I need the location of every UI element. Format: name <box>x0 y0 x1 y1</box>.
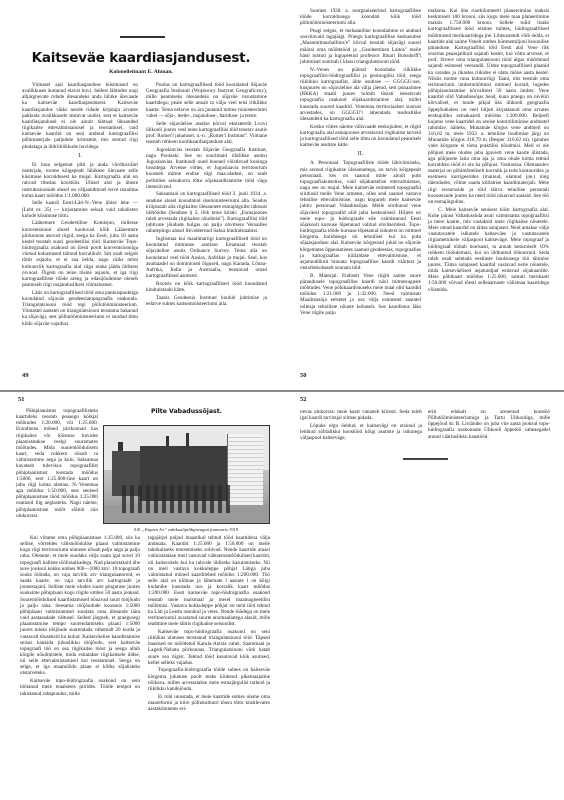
paragraph: tagajärjel paljud maastikul tehtud tööd … <box>148 535 270 627</box>
armored-train-photo <box>103 425 270 524</box>
article-end-rule <box>403 458 448 460</box>
author-byline: Kolonelleitnant E. Ahman. <box>0 69 282 75</box>
page-51-left-column: Kui võtame oma põhiplaanistuse 1:25.000,… <box>20 535 140 698</box>
paragraph: Rootsis on kõik kartograafilised tööd ko… <box>146 281 267 293</box>
paragraph: nevas olukorras: meie kaart vananeb kiir… <box>300 409 422 421</box>
page-49-right-column: Poolas on kartograafilised tööd koondatu… <box>146 82 267 309</box>
paragraph: Lätis on kartograafilised tööd oma panku… <box>22 290 138 327</box>
boxcar-shape <box>227 434 263 512</box>
paragraph: Soomes 1928. a. reorganiseeritud kartogr… <box>300 8 421 26</box>
paragraph: maksma. Kui ühe ruutkilomeetri planeerim… <box>428 8 549 205</box>
paragraph: Kaitseväe topo-hüdrograafia osakond on s… <box>148 629 270 666</box>
paragraph: Selle kaardi Eesti-Läti-N.-Vene ühise le… <box>22 200 138 218</box>
section-heading-II: II. <box>300 151 421 157</box>
paragraph: Põhiplaanistus topograafilisteks kaartid… <box>16 408 98 519</box>
paragraph: Kokku võttes näeme välisvaade eeskujudes… <box>300 124 421 149</box>
page-number: 52 <box>300 396 307 403</box>
paragraph: B. Materjal. Endiselt Vene riigilt saime… <box>300 273 421 316</box>
page-52-right-column: eriti edukalt on arenenud koostöö Põllut… <box>428 409 550 441</box>
page-number: 51 <box>18 396 25 403</box>
paragraph: Saksamaal on kartograafilised tööd 3. ju… <box>146 191 267 234</box>
paragraph: Topograafia-hüdrograafia tööde suhtes on… <box>148 667 270 692</box>
page-49-left-column: Viimasel ajal kaardiasjanduse küsimused … <box>22 82 138 328</box>
paragraph: C. Meie kaitseväe senisest tööst kartogr… <box>428 207 549 293</box>
page-50-left-column: Soomes 1928. a. reorganiseeritud kartogr… <box>300 8 421 317</box>
paragraph: Selle sõjaväelise asutise kõrval eksiste… <box>146 121 267 146</box>
page-51-narrow-column: Põhiplaanistus topograafilisteks kaartid… <box>16 408 98 520</box>
paragraph: Kui võtame oma põhiplaanistuse 1:25.000,… <box>20 535 140 677</box>
paragraph: Et lnua selgemat pilti ja anda võrdlusvä… <box>22 162 138 199</box>
paragraph: Poolas on kartograafilised tööd koondatu… <box>146 82 267 119</box>
photo-caption: S.R. „Kapten Irv" vahikuulipildujavagun … <box>103 527 270 532</box>
paragraph: Läänemere Geodeetiline Komisjon, milless… <box>22 220 138 288</box>
paragraph: N.-Venes on püütud koondada riiklikke to… <box>300 67 421 122</box>
soldiers-group-shape <box>122 485 232 513</box>
page-number: 49 <box>22 372 29 379</box>
header-rule <box>120 36 165 38</box>
paragraph: Ei tohi unustada, et meie kaartide suhte… <box>148 694 270 712</box>
page-50-right-column: maksma. Kui ühe ruutkilomeetri planeerim… <box>428 8 549 294</box>
article-title: Kaitseväe kaardiasjandusest. <box>0 50 282 66</box>
page-52: 52 nevas olukorras: meie kaart vananeb k… <box>282 392 564 800</box>
section-heading-I: I. <box>22 153 138 159</box>
paragraph: Inglismaa kui maailmariigi kartograafili… <box>146 236 267 279</box>
page-49: Kaitseväe kaardiasjandusest. Kolonelleit… <box>0 0 282 390</box>
paragraph: Peagi selgus, et mehaaniline koondamine … <box>300 28 421 65</box>
paragraph: A. Personaal. Topograafiliste tööde läbi… <box>300 160 421 271</box>
page-number: 50 <box>300 372 307 379</box>
paragraph: Kaitseväe topo-hüdrograafia osakond on s… <box>20 678 140 696</box>
paragraph: Taanis Geodeesia Instituut kuulub juhtim… <box>146 295 267 307</box>
paragraph: Lõpuks olgu öeldud, et kaitsevägi on ots… <box>300 423 422 441</box>
paragraph: Jugoslaavias teostab Sõjaväe Geograafia … <box>146 147 267 190</box>
picture-section-title: Pilte Vabadussõjast. <box>103 408 270 415</box>
page-51-right-column: tagajärjel paljud maastikul tehtud tööd … <box>148 535 270 714</box>
page-50: Soomes 1928. a. reorganiseeritud kartogr… <box>282 0 564 390</box>
paragraph: Viimasel ajal kaardiasjanduse küsimused … <box>22 82 138 150</box>
paragraph: eriti edukalt on arenenud koostöö Põllut… <box>428 409 550 440</box>
page-52-left-column: nevas olukorras: meie kaart vananeb kiir… <box>300 409 422 443</box>
